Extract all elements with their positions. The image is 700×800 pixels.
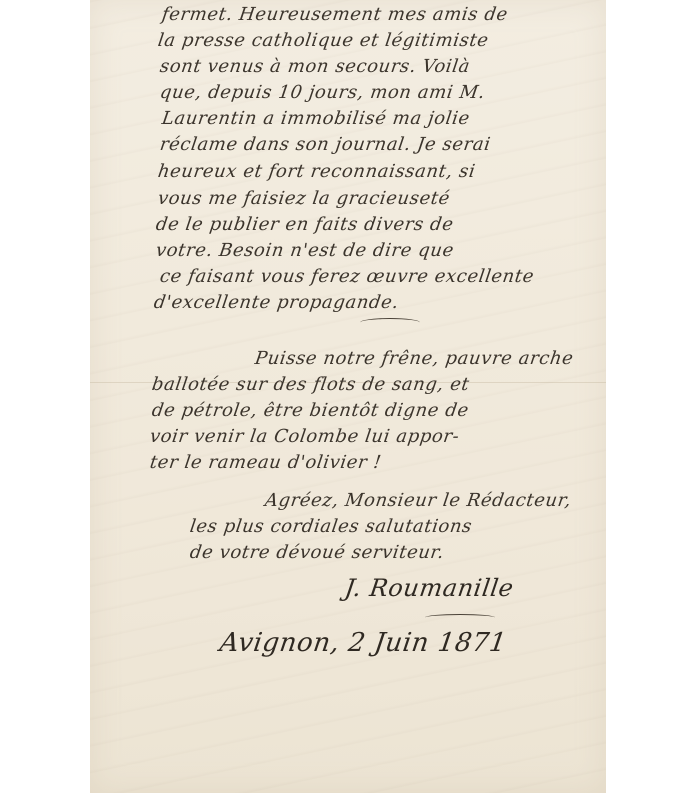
letter-line: ballotée sur des flots de sang, et bbox=[151, 374, 471, 395]
letter-line: sont venus à mon secours. Voilà bbox=[159, 56, 472, 77]
letter-line: Puisse notre frêne, pauvre arche bbox=[254, 348, 575, 369]
letter-line: de votre dévoué serviteur. bbox=[189, 542, 446, 563]
letter-line: vous me faisiez la gracieuseté bbox=[157, 188, 452, 209]
flourish-stroke bbox=[360, 318, 420, 327]
letter-line: heureux et fort reconnaissant, si bbox=[157, 161, 477, 182]
letter-line: voir venir la Colombe lui appor- bbox=[149, 426, 461, 447]
letter-line: la presse catholique et légitimiste bbox=[157, 30, 491, 51]
letter-line: votre. Besoin n'est de dire que bbox=[155, 240, 456, 261]
signature-underline bbox=[425, 614, 495, 621]
letter-line: ter le rameau d'olivier ! bbox=[149, 452, 383, 473]
letter-page: fermet. Heureusement mes amis de la pres… bbox=[90, 0, 606, 793]
letter-line: Agréez, Monsieur le Rédacteur, bbox=[264, 490, 573, 511]
letter-line: réclame dans son journal. Je serai bbox=[159, 134, 493, 155]
letter-line: ce faisant vous ferez œuvre excellente bbox=[159, 266, 536, 287]
letter-line: d'excellente propagande. bbox=[153, 292, 401, 313]
letter-line: Laurentin a immobilisé ma jolie bbox=[161, 108, 472, 129]
letter-line: de pétrole, être bientôt digne de bbox=[151, 400, 471, 421]
letter-line: les plus cordiales salutations bbox=[189, 516, 474, 537]
signature: J. Roumanille bbox=[343, 574, 515, 602]
letter-line: fermet. Heureusement mes amis de bbox=[161, 4, 510, 25]
place-date: Avignon, 2 Juin 1871 bbox=[218, 628, 509, 658]
letter-line: de le publier en faits divers de bbox=[155, 214, 455, 235]
letter-line: que, depuis 10 jours, mon ami M. bbox=[159, 82, 487, 103]
